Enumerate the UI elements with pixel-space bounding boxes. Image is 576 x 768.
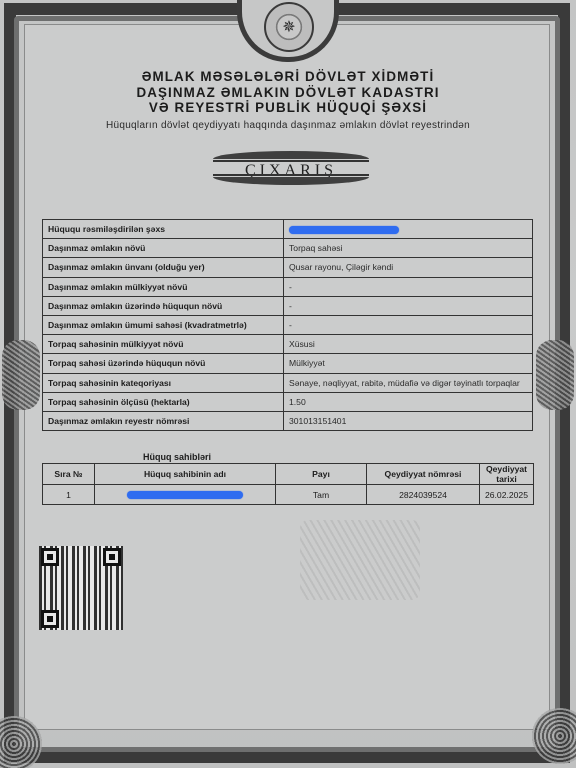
field-value: -	[284, 277, 533, 296]
issuer-line-1: ƏMLAK MƏSƏLƏLƏRİ DÖVLƏT XİDMƏTİ	[0, 69, 576, 85]
owners-table: Sıra № Hüquq sahibinin adı Payı Qeydiyya…	[42, 463, 534, 505]
field-label: Torpaq sahəsi üzərində hüququn növü	[43, 354, 284, 373]
property-info-table: Hüququ rəsmiləşdirilən şəxsDaşınmaz əmla…	[42, 219, 533, 431]
field-value: 301013151401	[284, 411, 533, 430]
table-row: Daşınmaz əmlakın ünvanı (olduğu yer)Qusa…	[43, 258, 533, 277]
col-header-reg-number: Qeydiyyat nömrəsi	[367, 464, 480, 485]
issuer-line-3: VƏ REYESTRİ PUBLİK HÜQUQİ ŞƏXSİ	[0, 100, 576, 116]
table-row: Daşınmaz əmlakın ümumi sahəsi (kvadratme…	[43, 315, 533, 334]
field-label: Daşınmaz əmlakın növü	[43, 239, 284, 258]
field-value: -	[284, 296, 533, 315]
redaction-mark	[289, 226, 399, 234]
issuer-heading: ƏMLAK MƏSƏLƏLƏRİ DÖVLƏT XİDMƏTİ DAŞINMAZ…	[0, 69, 576, 116]
field-value: Xüsusi	[284, 335, 533, 354]
field-label: Torpaq sahəsinin mülkiyyət növü	[43, 335, 284, 354]
banner-ornament-bottom	[213, 177, 369, 185]
field-value: Mülkiyyət	[284, 354, 533, 373]
field-value: -	[284, 315, 533, 334]
owner-share: Tam	[276, 485, 367, 505]
table-row: 1 Tam 2824039524 26.02.2025	[43, 485, 534, 505]
qr-finder-top-right	[103, 548, 121, 566]
document-subtitle: Hüquqların dövlət qeydiyyatı haqqında da…	[0, 120, 576, 131]
field-value: Torpaq sahəsi	[284, 239, 533, 258]
field-label: Daşınmaz əmlakın reyestr nömrəsi	[43, 411, 284, 430]
field-label: Hüququ rəsmiləşdirilən şəxs	[43, 220, 284, 239]
table-row: Torpaq sahəsi üzərində hüququn növüMülki…	[43, 354, 533, 373]
field-label: Daşınmaz əmlakın mülkiyyət növü	[43, 277, 284, 296]
owner-name	[95, 485, 276, 505]
banner-ornament-top	[213, 151, 369, 159]
left-rosette-ornament	[2, 340, 40, 410]
field-label: Torpaq sahəsinin ölçüsü (hektarla)	[43, 392, 284, 411]
owner-no: 1	[43, 485, 95, 505]
table-row: Torpaq sahəsinin kateqoriyasıSənaye, nəq…	[43, 373, 533, 392]
table-row: Daşınmaz əmlakın mülkiyyət növü-	[43, 277, 533, 296]
field-value: Qusar rayonu, Çiləgir kəndi	[284, 258, 533, 277]
col-header-owner-name: Hüquq sahibinin adı	[95, 464, 276, 485]
field-label: Daşınmaz əmlakın ünvanı (olduğu yer)	[43, 258, 284, 277]
redaction-mark	[127, 491, 243, 499]
field-label: Daşınmaz əmlakın ümumi sahəsi (kvadratme…	[43, 315, 284, 334]
table-row: Torpaq sahəsinin ölçüsü (hektarla)1.50	[43, 392, 533, 411]
table-row: Daşınmaz əmlakın reyestr nömrəsi30101315…	[43, 411, 533, 430]
table-row: Torpaq sahəsinin mülkiyyət növüXüsusi	[43, 335, 533, 354]
field-label: Daşınmaz əmlakın üzərində hüququn növü	[43, 296, 284, 315]
document-title-banner: ÇIXARIŞ	[213, 151, 369, 185]
qr-finder-top-left	[41, 548, 59, 566]
owner-reg-date: 26.02.2025	[480, 485, 534, 505]
col-header-no: Sıra №	[43, 464, 95, 485]
field-value: Sənaye, nəqliyyat, rabitə, müdafiə və di…	[284, 373, 533, 392]
owner-reg-number: 2824039524	[367, 485, 480, 505]
state-emblem-icon: ✵	[264, 2, 314, 52]
owners-header-row: Sıra № Hüquq sahibinin adı Payı Qeydiyya…	[43, 464, 534, 485]
qr-code-icon[interactable]	[39, 546, 123, 630]
col-header-share: Payı	[276, 464, 367, 485]
qr-finder-bottom-left	[41, 610, 59, 628]
table-row: Daşınmaz əmlakın növüTorpaq sahəsi	[43, 239, 533, 258]
table-row: Hüququ rəsmiləşdirilən şəxs	[43, 220, 533, 239]
field-value: 1.50	[284, 392, 533, 411]
col-header-reg-date: Qeydiyyat tarixi	[480, 464, 534, 485]
field-label: Torpaq sahəsinin kateqoriyası	[43, 373, 284, 392]
banner-rule-bottom	[213, 174, 369, 176]
owners-caption: Hüquq sahibləri	[143, 452, 211, 462]
right-rosette-ornament	[536, 340, 574, 410]
watermark-pattern	[300, 520, 420, 600]
table-row: Daşınmaz əmlakın üzərində hüququn növü-	[43, 296, 533, 315]
certificate-sheet: ✵ ƏMLAK MƏSƏLƏLƏRİ DÖVLƏT XİDMƏTİ DAŞINM…	[0, 0, 576, 768]
issuer-line-2: DAŞINMAZ ƏMLAKIN DÖVLƏT KADASTRI	[0, 85, 576, 101]
field-value	[284, 220, 533, 239]
